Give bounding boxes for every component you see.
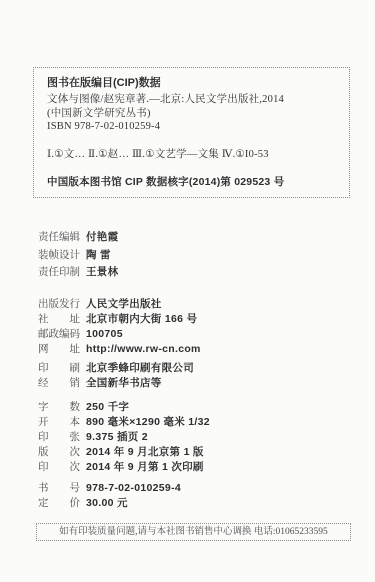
specs-section: 字数250 千字 开本890 毫米×1290 毫米 1/32 印张9.375 插…: [38, 400, 210, 475]
row-value: 北京市朝内大街 166 号: [86, 313, 197, 325]
row-label: 出版发行: [38, 297, 80, 312]
row-edition: 版次2014 年 9 月北京第 1 版: [38, 445, 210, 460]
printing-section: 印刷北京季蜂印刷有限公司 经销全国新华书店等: [38, 361, 194, 391]
staff-section: 责任编辑付艳霞 装帧设计陶 雷 责任印制王景林: [38, 229, 118, 282]
row-value: 30.00 元: [86, 497, 128, 509]
row-price: 定价30.00 元: [38, 496, 181, 511]
colophon-page: 图书在版编目(CIP)数据 文体与图像/赵宪章著.—北京:人民文学出版社,201…: [0, 0, 375, 582]
row-distributor: 经销全国新华书店等: [38, 376, 194, 391]
row-value: 人民文学出版社: [86, 298, 162, 310]
row-address: 社址北京市朝内大街 166 号: [38, 312, 201, 327]
row-value: 王景林: [86, 266, 118, 278]
cip-title: 图书在版编目(CIP)数据: [47, 77, 337, 90]
row-label: 装帧设计: [38, 248, 80, 265]
row-value: http://www.rw-cn.com: [86, 343, 201, 355]
row-value: 付艳霞: [86, 231, 118, 243]
row-postcode: 邮政编码100705: [38, 327, 201, 342]
row-label: 字数: [38, 401, 80, 415]
row-value: 890 毫米×1290 毫米 1/32: [86, 416, 210, 428]
row-value: 2014 年 9 月北京第 1 版: [86, 446, 204, 458]
cip-isbn-line: ISBN 978-7-02-010259-4: [47, 120, 337, 134]
row-label: 印张: [38, 431, 80, 445]
row-print-supervisor: 责任印制王景林: [38, 264, 118, 282]
cip-classification-line: Ⅰ.①文… Ⅱ.①赵… Ⅲ.①文艺学—文集 Ⅳ.①I0-53: [47, 148, 337, 162]
row-value: 100705: [86, 328, 123, 340]
row-value: 2014 年 9 月第 1 次印刷: [86, 461, 204, 473]
row-label: 责任印制: [38, 265, 80, 282]
row-label: 网址: [38, 342, 80, 357]
row-label: 开本: [38, 416, 80, 430]
row-value: 978-7-02-010259-4: [86, 482, 181, 494]
row-publisher: 出版发行人民文学出版社: [38, 297, 201, 312]
row-label: 版次: [38, 446, 80, 460]
row-printer: 印刷北京季蜂印刷有限公司: [38, 361, 194, 376]
row-designer: 装帧设计陶 雷: [38, 247, 118, 265]
row-editor: 责任编辑付艳霞: [38, 229, 118, 247]
row-label: 邮政编码: [38, 327, 80, 342]
publishing-section: 出版发行人民文学出版社 社址北京市朝内大街 166 号 邮政编码100705 网…: [38, 297, 201, 357]
row-value: 陶 雷: [86, 249, 111, 261]
row-value: 9.375 插页 2: [86, 431, 148, 443]
row-value: 250 千字: [86, 401, 129, 413]
quality-notice-box: 如有印装质量问题,请与本社图书销售中心调换 电话:01065233595: [36, 523, 351, 541]
row-label: 书号: [38, 481, 80, 496]
row-label: 责任编辑: [38, 230, 80, 247]
cip-book-line: 文体与图像/赵宪章著.—北京:人民文学出版社,2014: [47, 93, 337, 107]
row-label: 定价: [38, 496, 80, 511]
row-label: 印次: [38, 461, 80, 475]
row-label: 印刷: [38, 361, 80, 376]
row-format: 开本890 毫米×1290 毫米 1/32: [38, 415, 210, 430]
quality-notice-text: 如有印装质量问题,请与本社图书销售中心调换 电话:01065233595: [59, 527, 328, 537]
row-impression: 印次2014 年 9 月第 1 次印刷: [38, 460, 210, 475]
row-sheets: 印张9.375 插页 2: [38, 430, 210, 445]
row-book-number: 书号978-7-02-010259-4: [38, 481, 181, 496]
bookid-section: 书号978-7-02-010259-4 定价30.00 元: [38, 481, 181, 511]
row-value: 全国新华书店等: [86, 377, 162, 389]
cip-data-box: 图书在版编目(CIP)数据 文体与图像/赵宪章著.—北京:人民文学出版社,201…: [33, 67, 350, 198]
row-word-count: 字数250 千字: [38, 400, 210, 415]
row-website: 网址http://www.rw-cn.com: [38, 342, 201, 357]
row-label: 社址: [38, 312, 80, 327]
row-value: 北京季蜂印刷有限公司: [86, 362, 194, 374]
cip-series-line: (中国新文学研究丛书): [47, 107, 337, 121]
cip-record-line: 中国版本图书馆 CIP 数据核字(2014)第 029523 号: [47, 176, 337, 190]
row-label: 经销: [38, 376, 80, 391]
